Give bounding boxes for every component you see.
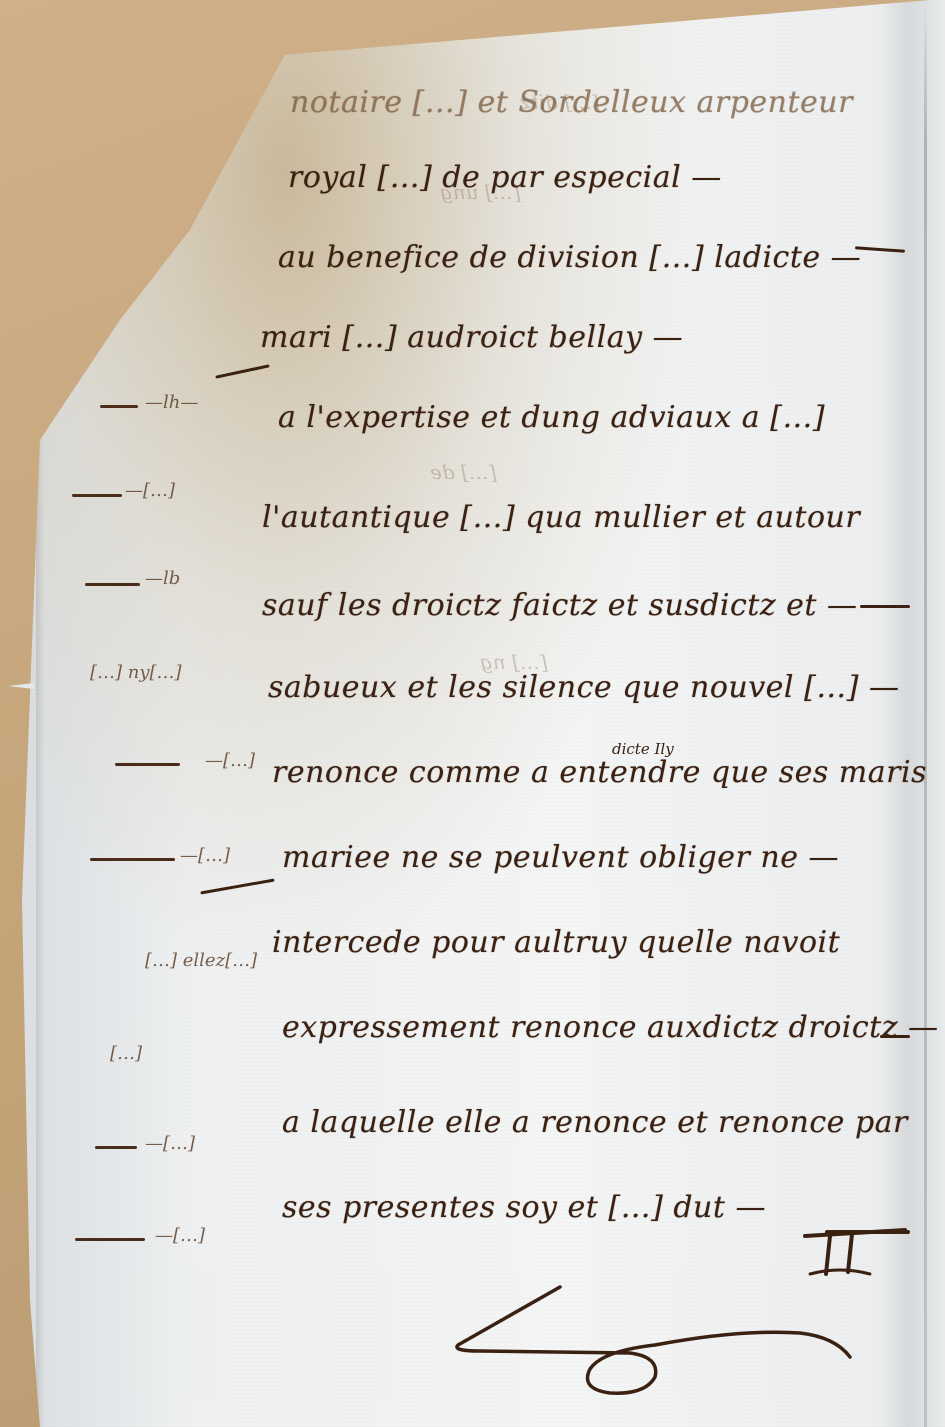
text-line-5: a l'expertise et dung adviaux a […]	[278, 400, 825, 435]
bleed-through-text: […] ung	[440, 180, 521, 204]
line-fill-dash	[855, 246, 905, 252]
margin-dash	[90, 858, 175, 861]
paraph-flourish-icon	[440, 1265, 860, 1395]
text-line-8: sabueux et les silence que nouvel […] —	[268, 670, 900, 705]
margin-note: —[…]	[205, 750, 255, 771]
line-fill-dash	[200, 879, 274, 895]
text-line-6: l'autantique […] qua mullier et autour	[262, 500, 860, 535]
closing-mark-icon	[800, 1222, 910, 1282]
line-fill-dash	[825, 1230, 910, 1234]
page-gutter	[924, 0, 927, 1427]
bleed-through-text: […] ng	[480, 650, 548, 674]
line-fill-dash	[880, 1035, 910, 1038]
margin-note: —lh—	[145, 392, 198, 413]
interlinear-insertion: dicte Ily	[612, 740, 674, 758]
margin-note: […]	[110, 1043, 142, 1064]
margin-note: […] ny[…]	[90, 662, 182, 683]
margin-dash	[115, 763, 180, 766]
text-line-9: renonce comme a entendre que ses maris	[272, 755, 927, 790]
margin-dash	[100, 405, 138, 408]
text-line-7: sauf les droictz faictz et susdictz et —	[262, 588, 858, 623]
margin-dash	[72, 494, 122, 497]
margin-note: —[…]	[180, 845, 230, 866]
text-line-1: notaire […] et Sordelleux arpenteur	[290, 85, 853, 120]
margin-note: —[…]	[155, 1225, 205, 1246]
margin-dash	[95, 1146, 137, 1149]
bleed-through-text: […] ditz	[520, 90, 600, 114]
margin-dash	[85, 583, 140, 586]
text-line-3: au benefice de division […] ladicte —	[278, 240, 861, 275]
text-line-12: expressement renonce auxdictz droictz —	[282, 1010, 939, 1045]
margin-note: —lb	[145, 568, 180, 589]
text-line-4: mari […] audroict bellay —	[260, 320, 683, 355]
text-line-11: intercede pour aultruy quelle navoit	[272, 925, 840, 960]
text-line-2: royal […] de par especial —	[288, 160, 722, 195]
margin-dash	[75, 1238, 145, 1241]
text-line-14: ses presentes soy et […] dut —	[282, 1190, 766, 1225]
margin-note: —[…]	[145, 1133, 195, 1154]
bleed-through-text: […] de	[430, 460, 497, 484]
line-fill-dash	[215, 364, 269, 378]
text-line-13: a laquelle elle a renonce et renonce par	[282, 1105, 908, 1140]
text-line-10: mariee ne se peulvent obliger ne —	[282, 840, 839, 875]
margin-note: […] ellez[…]	[145, 950, 257, 971]
page-left-edge	[36, 440, 44, 1427]
line-fill-dash	[860, 605, 910, 608]
margin-note: —[…]	[125, 480, 175, 501]
